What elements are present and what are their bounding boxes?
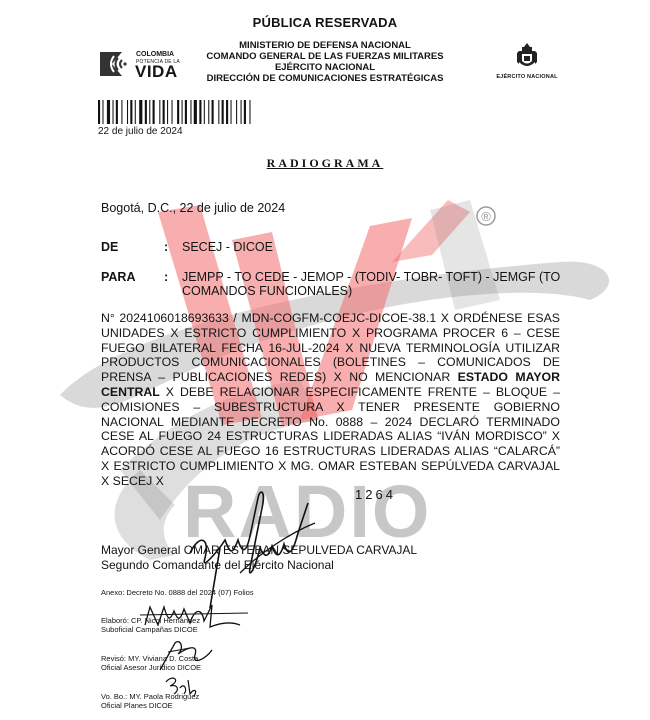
field-colon: : [164, 270, 168, 284]
field-label: PARA [101, 270, 161, 284]
army-logo-label: EJÉRCITO NACIONAL [492, 74, 562, 80]
field-label: DE [101, 240, 161, 254]
footer-elaboro: Elaboró: CP. Nicol Hernández Suboficial … [101, 616, 200, 634]
signer-role: Segundo Comandante del Ejército Nacional [101, 558, 334, 572]
radiogram-number: 1264 [355, 487, 396, 502]
field-value-de: SECEJ - DICOE [182, 240, 572, 254]
army-crest-icon [516, 42, 538, 72]
footer-reviso: Revisó: MY. Viviana D. Costa Oficial Ase… [101, 654, 201, 672]
document-title: RADIOGRAMA [0, 156, 650, 171]
radiogram-body: N° 2024106018693633 / MDN-COGFM-COEJC-DI… [101, 311, 560, 489]
signer-name: Mayor General OMAR ESTEBAN SEPULVEDA CAR… [101, 543, 417, 557]
annex-note: Anexo: Decreto No. 0888 del 2024 (07) Fo… [101, 588, 254, 597]
field-value-para: JEMPP - TO CEDE - JEMOP - (TODIV- TOBR- … [182, 270, 572, 298]
footer-vobo: Vo. Bo.: MY. Paola Rodriguez Oficial Pla… [101, 692, 199, 710]
classification-label: PÚBLICA RESERVADA [0, 15, 650, 30]
document-page: ® RADIO PÚBLICA RESERVADA COLOMBIA POTEN… [0, 0, 650, 720]
ejercito-nacional-logo: EJÉRCITO NACIONAL [492, 42, 562, 87]
field-colon: : [164, 240, 168, 254]
place-and-date: Bogotá, D.C., 22 de julio de 2024 [101, 201, 285, 215]
barcode-date: 22 de julio de 2024 [98, 126, 183, 137]
barcode [98, 100, 260, 124]
